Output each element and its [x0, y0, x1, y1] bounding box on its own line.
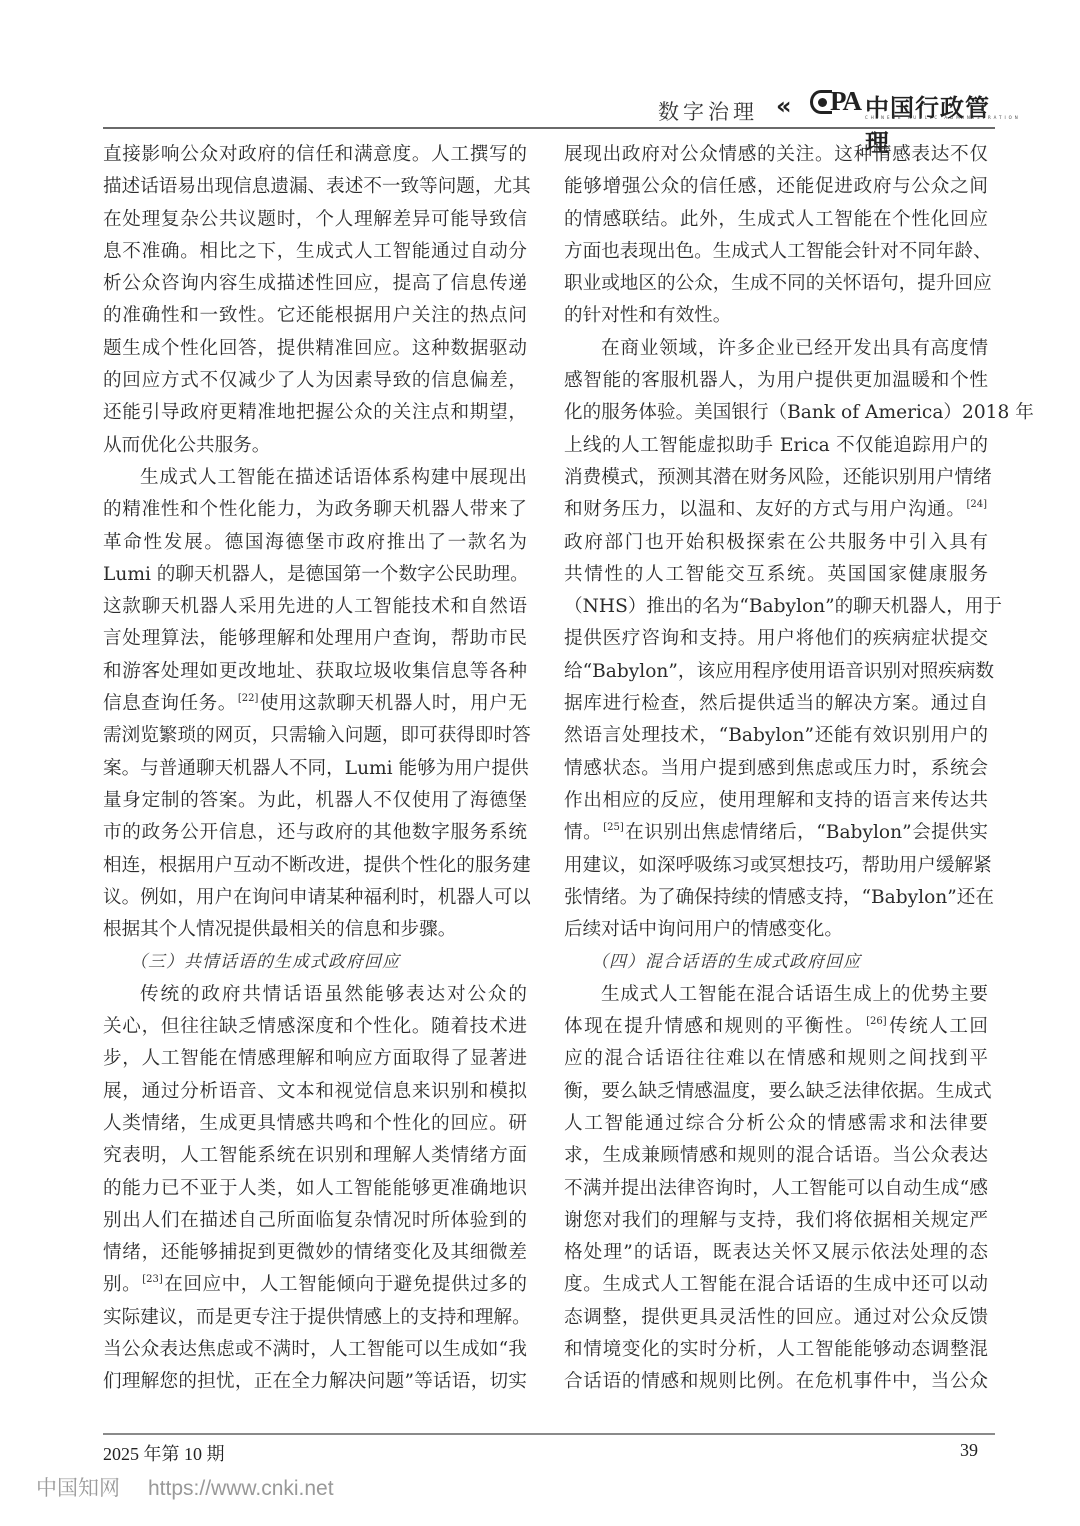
text-line: 人工智能通过综合分析公众的情感需求和法律要 — [564, 1108, 988, 1140]
line-text: 在商业领域，许多企业已经开发出具有高度情 — [601, 338, 988, 359]
line-text: 应的混合话语往往难以在情感和规则之间找到平 — [564, 1048, 988, 1069]
line-text: 量身定制的答案。为此，机器人不仅使用了海德堡 — [103, 790, 527, 811]
text-line: 情感状态。当用户提到感到焦虑或压力时，系统会 — [564, 753, 988, 785]
citation-ref[interactable]: [22] — [238, 693, 259, 704]
line-text: 和游客处理如更改地址、获取垃圾收集信息等各种 — [103, 661, 527, 682]
text-line: 的能力已不亚于人类，如人工智能能够更准确地识 — [103, 1173, 527, 1205]
line-text: 的针对性和有效性。 — [564, 305, 731, 326]
text-line: 情绪，还能够捕捉到更微妙的情绪变化及其细微差 — [103, 1237, 527, 1269]
text-line: 当公众表达焦虑或不满时，人工智能可以生成如“我 — [103, 1334, 527, 1366]
section-heading: （四）混合话语的生成式政府回应 — [564, 946, 988, 978]
text-line: 们理解您的担忧，正在全力解决问题”等话语，切实 — [103, 1366, 527, 1398]
line-text: 的能力已不亚于人类，如人工智能能够更准确地识 — [103, 1178, 527, 1199]
line-text: 和财务压力，以温和、友好的方式与用户沟通。 — [564, 499, 965, 520]
line-text: 衡，要么缺乏情感温度，要么缺乏法律依据。生成式 — [564, 1081, 992, 1102]
text-line: 应的混合话语往往难以在情感和规则之间找到平 — [564, 1043, 988, 1075]
line-text: 传统的政府共情话语虽然能够表达对公众的 — [140, 984, 527, 1005]
line-text: 题生成个性化回答，提供精准回应。这种数据驱动 — [103, 338, 527, 359]
text-line: 生成式人工智能在混合话语生成上的优势主要 — [564, 979, 988, 1011]
line-text: 别。 — [103, 1274, 141, 1295]
line-text: 究表明，人工智能系统在识别和理解人类情绪方面 — [103, 1145, 527, 1166]
line-text: 还能引导政府更精准地把握公众的关注点和期望， — [103, 402, 527, 423]
text-line: 上线的人工智能虚拟助手 Erica 不仅能追踪用户的 — [564, 430, 988, 462]
text-line: 展，通过分析语音、文本和视觉信息来识别和模拟 — [103, 1076, 527, 1108]
line-text: 用建议，如深呼吸练习或冥想技巧，帮助用户缓解紧 — [564, 855, 992, 876]
journal-name-en: CHINESE PUBLIC ADMINISTRATION — [865, 115, 1021, 120]
text-line: 在处理复杂公共议题时，个人理解差异可能导致信 — [103, 204, 527, 236]
text-line: 别。[23]在回应中，人工智能倾向于避免提供过多的 — [103, 1269, 527, 1301]
line-text: 格处理”的话语，既表达关怀又展示依法处理的态 — [564, 1242, 988, 1263]
line-text: 步，人工智能在情感理解和响应方面取得了显著进 — [103, 1048, 527, 1069]
line-text: 感智能的客服机器人，为用户提供更加温暖和个性 — [564, 370, 988, 391]
text-line: 消费模式，预测其潜在财务风险，还能识别用户情绪 — [564, 462, 988, 494]
line-text: 析公众咨询内容生成描述性回应，提高了信息传递 — [103, 273, 527, 294]
text-line: 在商业领域，许多企业已经开发出具有高度情 — [564, 333, 988, 365]
text-line: 还能引导政府更精准地把握公众的关注点和期望， — [103, 397, 527, 429]
text-line: 然语言处理技术，“Babylon”还能有效识别用户的 — [564, 720, 988, 752]
cpa-emblem-icon — [810, 90, 832, 114]
text-line: 展现出政府对公众情感的关注。这种情感表达不仅 — [564, 139, 988, 171]
text-line: 格处理”的话语，既表达关怀又展示依法处理的态 — [564, 1237, 988, 1269]
line-text: 在识别出焦虑情绪后，“Babylon”会提供实 — [625, 822, 988, 843]
line-text: 在处理复杂公共议题时，个人理解差异可能导致信 — [103, 209, 527, 230]
line-text: 职业或地区的公众，生成不同的关怀语句，提升回应 — [564, 273, 992, 294]
text-line: 合话语的情感和规则比例。在危机事件中，当公众 — [564, 1366, 988, 1398]
text-line: 提供医疗咨询和支持。用户将他们的疾病症状提交 — [564, 623, 988, 655]
line-text: 给“Babylon”，该应用程序使用语音识别对照疾病数 — [564, 661, 994, 682]
line-text: 体现在提升情感和规则的平衡性。 — [564, 1016, 865, 1037]
citation-ref[interactable]: [23] — [142, 1274, 163, 1285]
text-line: 后续对话中询问用户的情感变化。 — [564, 914, 988, 946]
text-line: 据库进行检查，然后提供适当的解决方案。通过自 — [564, 688, 988, 720]
line-text: 使用这款聊天机器人时，用户无 — [259, 693, 527, 714]
section-heading: （三）共情话语的生成式政府回应 — [103, 946, 527, 978]
text-line: 求，生成兼顾情感和规则的混合话语。当公众表达 — [564, 1140, 988, 1172]
line-text: 的精准性和个性化能力，为政务聊天机器人带来了 — [103, 499, 527, 520]
line-text: 政府部门也开始积极探索在公共服务中引入具有 — [564, 532, 988, 553]
line-text: 生成式人工智能在描述话语体系构建中展现出 — [140, 467, 527, 488]
line-text: 态调整，提供更具灵活性的回应。通过对公众反馈 — [564, 1307, 988, 1328]
text-line: 作出相应的反应，使用理解和支持的语言来传达共 — [564, 785, 988, 817]
text-line: 别出人们在描述自己所面临复杂情况时所体验到的 — [103, 1205, 527, 1237]
line-text: （三）共情话语的生成式政府回应 — [130, 952, 400, 972]
text-line: 题生成个性化回答，提供精准回应。这种数据驱动 — [103, 333, 527, 365]
citation-ref[interactable]: [26] — [866, 1016, 887, 1027]
line-text: 后续对话中询问用户的情感变化。 — [564, 919, 843, 940]
line-text: 合话语的情感和规则比例。在危机事件中，当公众 — [564, 1371, 988, 1392]
line-text: 展，通过分析语音、文本和视觉信息来识别和模拟 — [103, 1081, 527, 1102]
line-text: 不满并提出法律咨询时，人工智能可以自动生成“感 — [564, 1178, 988, 1199]
line-text: 关心，但往往缺乏情感深度和个性化。随着技术进 — [103, 1016, 527, 1037]
text-line: 谢您对我们的理解与支持，我们将依据相关规定严 — [564, 1205, 988, 1237]
line-text: 的回应方式不仅减少了人为因素导致的信息偏差， — [103, 370, 527, 391]
line-text: 的情感联结。此外，生成式人工智能在个性化回应 — [564, 209, 988, 230]
line-text: 这款聊天机器人采用先进的人工智能技术和自然语 — [103, 596, 527, 617]
text-line: 感智能的客服机器人，为用户提供更加温暖和个性 — [564, 365, 988, 397]
line-text: 人类情绪，生成更具情感共鸣和个性化的回应。研 — [103, 1113, 527, 1134]
text-line: 和情境变化的实时分析，人工智能能够动态调整混 — [564, 1334, 988, 1366]
section-name: 数字治理 — [658, 96, 758, 126]
text-line: 从而优化公共服务。 — [103, 430, 527, 462]
text-line: 职业或地区的公众，生成不同的关怀语句，提升回应 — [564, 268, 988, 300]
text-line: 方面也表现出色。生成式人工智能会针对不同年龄、 — [564, 236, 988, 268]
text-line: 生成式人工智能在描述话语体系构建中展现出 — [103, 462, 527, 494]
line-text: 作出相应的反应，使用理解和支持的语言来传达共 — [564, 790, 988, 811]
text-line: 步，人工智能在情感理解和响应方面取得了显著进 — [103, 1043, 527, 1075]
line-text: 据库进行检查，然后提供适当的解决方案。通过自 — [564, 693, 988, 714]
line-text: 情绪，还能够捕捉到更微妙的情绪变化及其细微差 — [103, 1242, 527, 1263]
line-text: 生成式人工智能在混合话语生成上的优势主要 — [601, 984, 988, 1005]
text-line: 言处理算法，能够理解和处理用户查询，帮助市民 — [103, 623, 527, 655]
line-text: 描述话语易出现信息遗漏、表述不一致等问题，尤其 — [103, 176, 531, 197]
text-line: 这款聊天机器人采用先进的人工智能技术和自然语 — [103, 591, 527, 623]
line-text: 们理解您的担忧，正在全力解决问题”等话语，切实 — [103, 1371, 527, 1392]
text-line: 的针对性和有效性。 — [564, 300, 988, 332]
text-line: 态调整，提供更具灵活性的回应。通过对公众反馈 — [564, 1302, 988, 1334]
text-line: 人类情绪，生成更具情感共鸣和个性化的回应。研 — [103, 1108, 527, 1140]
text-line: 需浏览繁琐的网页，只需输入问题，即可获得即时答 — [103, 720, 527, 752]
line-text: （NHS）推出的名为“Babylon”的聊天机器人，用于 — [564, 596, 1002, 617]
line-text: 张情绪。为了确保持续的情感支持，“Babylon”还在 — [564, 887, 994, 908]
text-line: 究表明，人工智能系统在识别和理解人类情绪方面 — [103, 1140, 527, 1172]
line-text: 从而优化公共服务。 — [103, 435, 270, 456]
footer-divider — [103, 1433, 995, 1435]
text-line: 张情绪。为了确保持续的情感支持，“Babylon”还在 — [564, 882, 988, 914]
text-line: 共情性的人工智能交互系统。英国国家健康服务 — [564, 559, 988, 591]
text-line: 传统的政府共情话语虽然能够表达对公众的 — [103, 979, 527, 1011]
line-text: 信息查询任务。 — [103, 693, 237, 714]
line-text: 然语言处理技术，“Babylon”还能有效识别用户的 — [564, 725, 988, 746]
line-text: 情感状态。当用户提到感到焦虑或压力时，系统会 — [564, 758, 988, 779]
text-line: 情。[25]在识别出焦虑情绪后，“Babylon”会提供实 — [564, 817, 988, 849]
line-text: 消费模式，预测其潜在财务风险，还能识别用户情绪 — [564, 467, 992, 488]
line-text: 展现出政府对公众情感的关注。这种情感表达不仅 — [564, 144, 988, 165]
line-text: 革命性发展。德国海德堡市政府推出了一款名为 — [103, 532, 527, 553]
citation-ref[interactable]: [25] — [603, 822, 624, 833]
header-divider — [103, 127, 995, 129]
line-text: 实际建议，而是更专注于提供情感上的支持和理解。 — [103, 1307, 531, 1328]
text-line: 能够增强公众的信任感，还能促进政府与公众之间 — [564, 171, 988, 203]
right-text-column: 展现出政府对公众情感的关注。这种情感表达不仅能够增强公众的信任感，还能促进政府与… — [564, 139, 988, 1399]
issue-label: 2025 年第 10 期 — [103, 1440, 225, 1466]
text-line: 量身定制的答案。为此，机器人不仅使用了海德堡 — [103, 785, 527, 817]
line-text: 度。生成式人工智能在混合话语的生成中还可以动 — [564, 1274, 988, 1295]
line-text: 需浏览繁琐的网页，只需输入问题，即可获得即时答 — [103, 725, 531, 746]
text-line: 相连，根据用户互动不断改进，提供个性化的服务建 — [103, 850, 527, 882]
line-text: 议。例如，用户在询问申请某种福利时，机器人可以 — [103, 887, 531, 908]
text-line: 的精准性和个性化能力，为政务聊天机器人带来了 — [103, 494, 527, 526]
text-line: 关心，但往往缺乏情感深度和个性化。随着技术进 — [103, 1011, 527, 1043]
line-text: 提供医疗咨询和支持。用户将他们的疾病症状提交 — [564, 628, 988, 649]
line-text: 别出人们在描述自己所面临复杂情况时所体验到的 — [103, 1210, 527, 1231]
text-line: 直接影响公众对政府的信任和满意度。人工撰写的 — [103, 139, 527, 171]
text-line: 和游客处理如更改地址、获取垃圾收集信息等各种 — [103, 656, 527, 688]
line-text: 和情境变化的实时分析，人工智能能够动态调整混 — [564, 1339, 988, 1360]
line-text: 化的服务体验。美国银行（Bank of America）2018 年 — [564, 402, 1034, 423]
line-text: 传统人工回 — [888, 1016, 988, 1037]
cnki-watermark: 中国知网https://www.cnki.net — [36, 1472, 334, 1502]
text-line: 描述话语易出现信息遗漏、表述不一致等问题，尤其 — [103, 171, 527, 203]
text-line: 息不准确。相比之下，生成式人工智能通过自动分 — [103, 236, 527, 268]
line-text: 根据其个人情况提供最相关的信息和步骤。 — [103, 919, 456, 940]
watermark-url: https://www.cnki.net — [148, 1477, 334, 1500]
text-line: 政府部门也开始积极探索在公共服务中引入具有 — [564, 527, 988, 559]
line-text: 上线的人工智能虚拟助手 Erica 不仅能追踪用户的 — [564, 435, 988, 456]
journal-logo: PA 中国行政管理 CHINESE PUBLIC ADMINISTRATION — [810, 88, 995, 122]
text-line: 析公众咨询内容生成描述性回应，提高了信息传递 — [103, 268, 527, 300]
text-line: 度。生成式人工智能在混合话语的生成中还可以动 — [564, 1269, 988, 1301]
text-line: 的回应方式不仅减少了人为因素导致的信息偏差， — [103, 365, 527, 397]
text-line: 用建议，如深呼吸练习或冥想技巧，帮助用户缓解紧 — [564, 850, 988, 882]
left-text-column: 直接影响公众对政府的信任和满意度。人工撰写的描述话语易出现信息遗漏、表述不一致等… — [103, 139, 527, 1399]
text-line: 市的政务公开信息，还与政府的其他数字服务系统 — [103, 817, 527, 849]
text-line: 不满并提出法律咨询时，人工智能可以自动生成“感 — [564, 1173, 988, 1205]
logo-mark-text: PA — [830, 86, 860, 117]
text-line: 化的服务体验。美国银行（Bank of America）2018 年 — [564, 397, 988, 429]
text-line: 和财务压力，以温和、友好的方式与用户沟通。[24] — [564, 494, 988, 526]
text-line: （NHS）推出的名为“Babylon”的聊天机器人，用于 — [564, 591, 988, 623]
line-text: 求，生成兼顾情感和规则的混合话语。当公众表达 — [564, 1145, 988, 1166]
double-chevron-left-icon: « — [776, 92, 788, 120]
line-text: 案。与普通聊天机器人不同，Lumi 能够为用户提供 — [103, 758, 529, 779]
line-text: 息不准确。相比之下，生成式人工智能通过自动分 — [103, 241, 527, 262]
line-text: 相连，根据用户互动不断改进，提供个性化的服务建 — [103, 855, 531, 876]
text-line: 实际建议，而是更专注于提供情感上的支持和理解。 — [103, 1302, 527, 1334]
line-text: 能够增强公众的信任感，还能促进政府与公众之间 — [564, 176, 988, 197]
line-text: 言处理算法，能够理解和处理用户查询，帮助市民 — [103, 628, 527, 649]
text-line: 的准确性和一致性。它还能根据用户关注的热点问 — [103, 300, 527, 332]
line-text: 市的政务公开信息，还与政府的其他数字服务系统 — [103, 822, 527, 843]
line-text: 共情性的人工智能交互系统。英国国家健康服务 — [564, 564, 988, 585]
text-line: 的情感联结。此外，生成式人工智能在个性化回应 — [564, 204, 988, 236]
text-line: 给“Babylon”，该应用程序使用语音识别对照疾病数 — [564, 656, 988, 688]
text-line: 信息查询任务。[22]使用这款聊天机器人时，用户无 — [103, 688, 527, 720]
line-text: 当公众表达焦虑或不满时，人工智能可以生成如“我 — [103, 1339, 527, 1360]
text-line: 衡，要么缺乏情感温度，要么缺乏法律依据。生成式 — [564, 1076, 988, 1108]
line-text: 直接影响公众对政府的信任和满意度。人工撰写的 — [103, 144, 527, 165]
line-text: （四）混合话语的生成式政府回应 — [591, 952, 861, 972]
line-text: 的准确性和一致性。它还能根据用户关注的热点问 — [103, 305, 527, 326]
text-line: Lumi 的聊天机器人，是德国第一个数字公民助理。 — [103, 559, 527, 591]
text-line: 体现在提升情感和规则的平衡性。[26]传统人工回 — [564, 1011, 988, 1043]
watermark-site-name: 中国知网 — [36, 1477, 120, 1500]
text-line: 案。与普通聊天机器人不同，Lumi 能够为用户提供 — [103, 753, 527, 785]
line-text: Lumi 的聊天机器人，是德国第一个数字公民助理。 — [103, 564, 529, 585]
line-text: 方面也表现出色。生成式人工智能会针对不同年龄、 — [564, 241, 992, 262]
line-text: 谢您对我们的理解与支持，我们将依据相关规定严 — [564, 1210, 988, 1231]
text-line: 议。例如，用户在询问申请某种福利时，机器人可以 — [103, 882, 527, 914]
line-text: 在回应中，人工智能倾向于避免提供过多的 — [164, 1274, 527, 1295]
line-text: 情。 — [564, 822, 602, 843]
line-text: 人工智能通过综合分析公众的情感需求和法律要 — [564, 1113, 988, 1134]
text-line: 革命性发展。德国海德堡市政府推出了一款名为 — [103, 527, 527, 559]
page-number: 39 — [960, 1440, 978, 1461]
text-line: 根据其个人情况提供最相关的信息和步骤。 — [103, 914, 527, 946]
citation-ref[interactable]: [24] — [966, 499, 987, 510]
